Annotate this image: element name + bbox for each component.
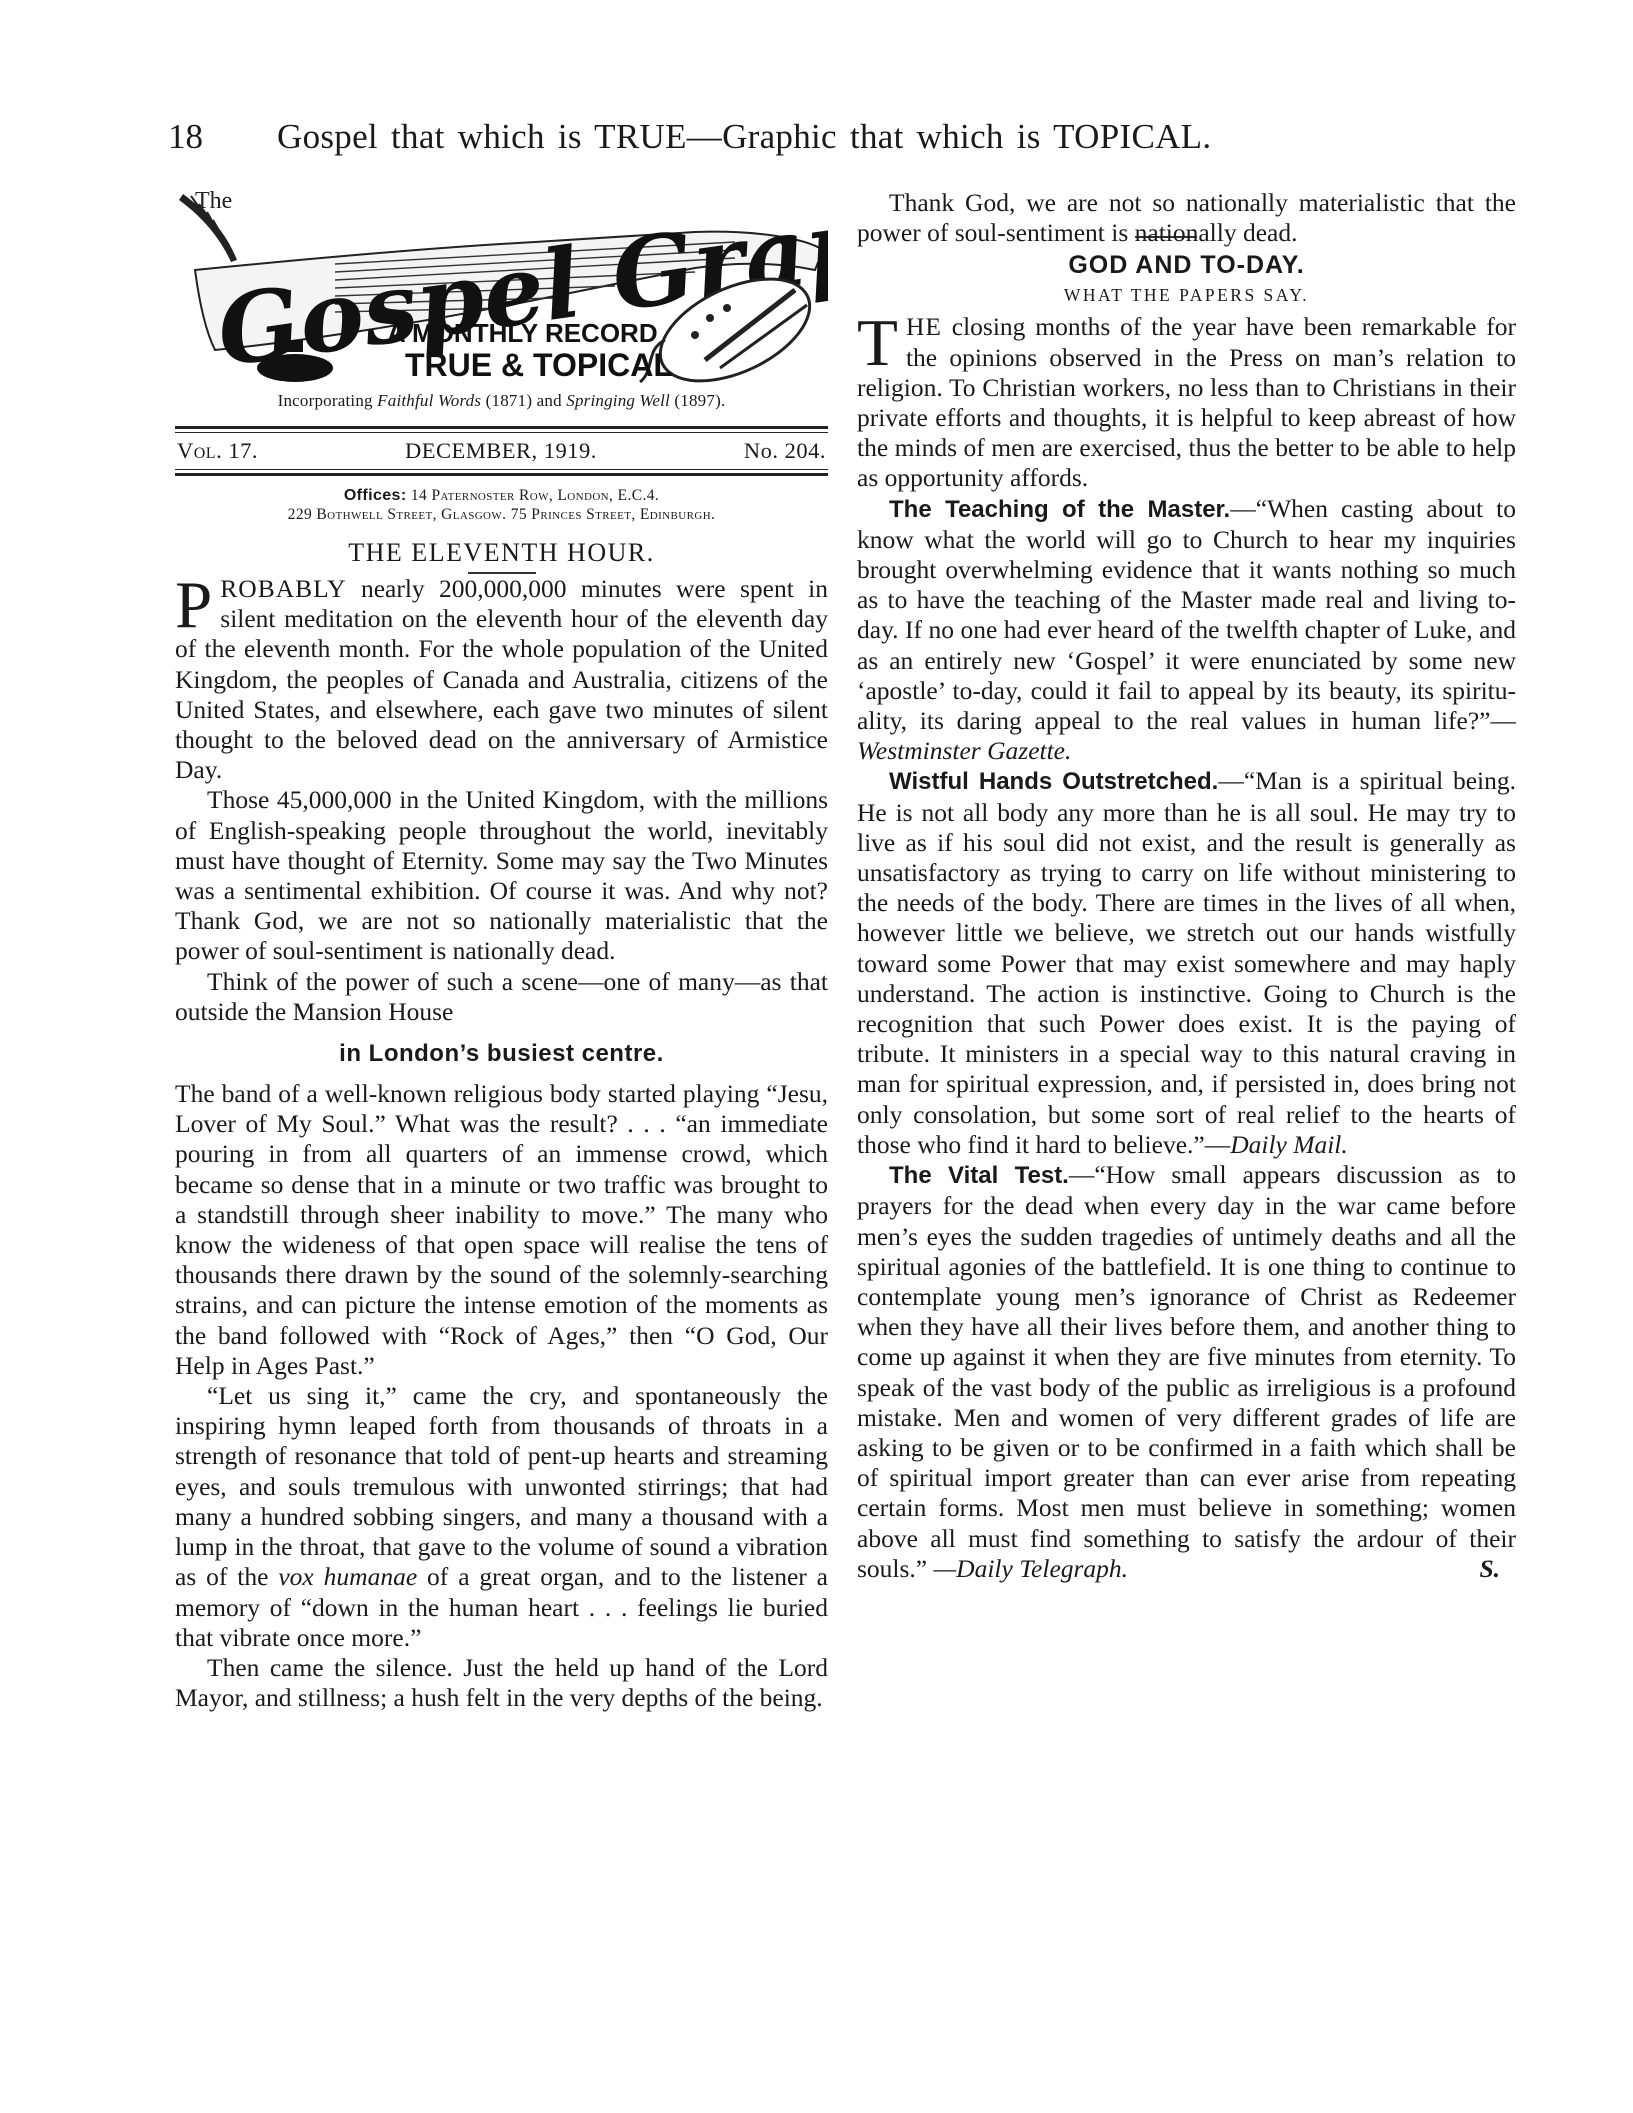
issue-info: Vol. 17. DECEMBER, 1919. No. 204. (175, 433, 828, 469)
dropcap: T (857, 316, 898, 370)
issue-date: DECEMBER, 1919. (405, 433, 597, 469)
extract-source: —Daily Telegraph. (934, 1554, 1129, 1583)
article-paragraph: THE closing months of the year have been… (857, 312, 1516, 493)
article-paragraph: Then came the silence. Just the held up … (175, 1653, 828, 1713)
tagline-2: TRUE & TOPICAL (405, 347, 673, 383)
subheading: in London’s busiest centre. (175, 1039, 828, 1069)
article-title-eleventh-hour: THE ELEVENTH HOUR. (175, 536, 828, 570)
masthead: The Gospel Graphic A MONTHLY RECORD TRUE… (175, 190, 828, 418)
extract-heading: The Teaching of the Master. (889, 496, 1230, 523)
running-title: Gospel that which is TRUE—Graphic that w… (277, 112, 1211, 162)
incorporating-line: Incorporating Faithful Words (1871) and … (175, 386, 828, 416)
tagline-1: A MONTHLY RECORD (387, 318, 658, 348)
press-extract: Wistful Hands Outstretched.—“Man is a sp… (857, 766, 1516, 1160)
volume: Vol. 17. (177, 433, 258, 469)
offices-label: Offices: (344, 487, 407, 504)
running-head: 18 Gospel that which is TRUE—Graphic tha… (168, 112, 1408, 172)
extract-source: Daily Mail. (1230, 1130, 1348, 1159)
section-title-god-and-today: GOD AND TO-DAY. (857, 248, 1516, 282)
article-paragraph: The band of a well-known religious body … (175, 1079, 828, 1381)
right-column: Thank God, we are not so nationally mate… (857, 188, 1516, 1584)
gospel-graphic-logo: The Gospel Graphic A MONTHLY RECORD TRUE… (175, 190, 828, 386)
article-paragraph: Those 45,000,000 in the United Kingdom, … (175, 785, 828, 966)
dropcap: P (175, 578, 212, 632)
issue-rule-bottom (175, 469, 828, 476)
section-subtitle: WHAT THE PAPERS SAY. (857, 282, 1516, 308)
article-continuation: Thank God, we are not so nationally mate… (857, 188, 1516, 248)
page-number: 18 (168, 112, 203, 162)
left-column: The Gospel Graphic A MONTHLY RECORD TRUE… (175, 190, 828, 1713)
press-extract: The Teaching of the Master.—“When castin… (857, 494, 1516, 767)
offices: Offices: 14 Paternoster Row, London, E.C… (175, 486, 828, 524)
issue-number: No. 204. (744, 433, 826, 469)
article-paragraph: “Let us sing it,” came the cry, and spon… (175, 1381, 828, 1653)
offices-line-1: 14 Paternoster Row, London, E.C.4. (411, 487, 659, 504)
signature: S. (1447, 1554, 1500, 1584)
extract-heading: Wistful Hands Outstretched. (889, 768, 1218, 795)
issue-rule-top (175, 426, 828, 433)
logo-the: The (195, 190, 232, 214)
extract-source: Westminster Gazette. (857, 736, 1071, 765)
article-paragraph: Think of the power of such a scene—one o… (175, 967, 828, 1027)
extract-heading: The Vital Test. (889, 1162, 1069, 1189)
press-extract: The Vital Test.—“How small appears dis­c… (857, 1160, 1516, 1584)
offices-line-2: 229 Bothwell Street, Glasgow. 75 Princes… (175, 505, 828, 524)
article-paragraph: PROBABLY nearly 200,000,000 minutes were… (175, 574, 828, 785)
